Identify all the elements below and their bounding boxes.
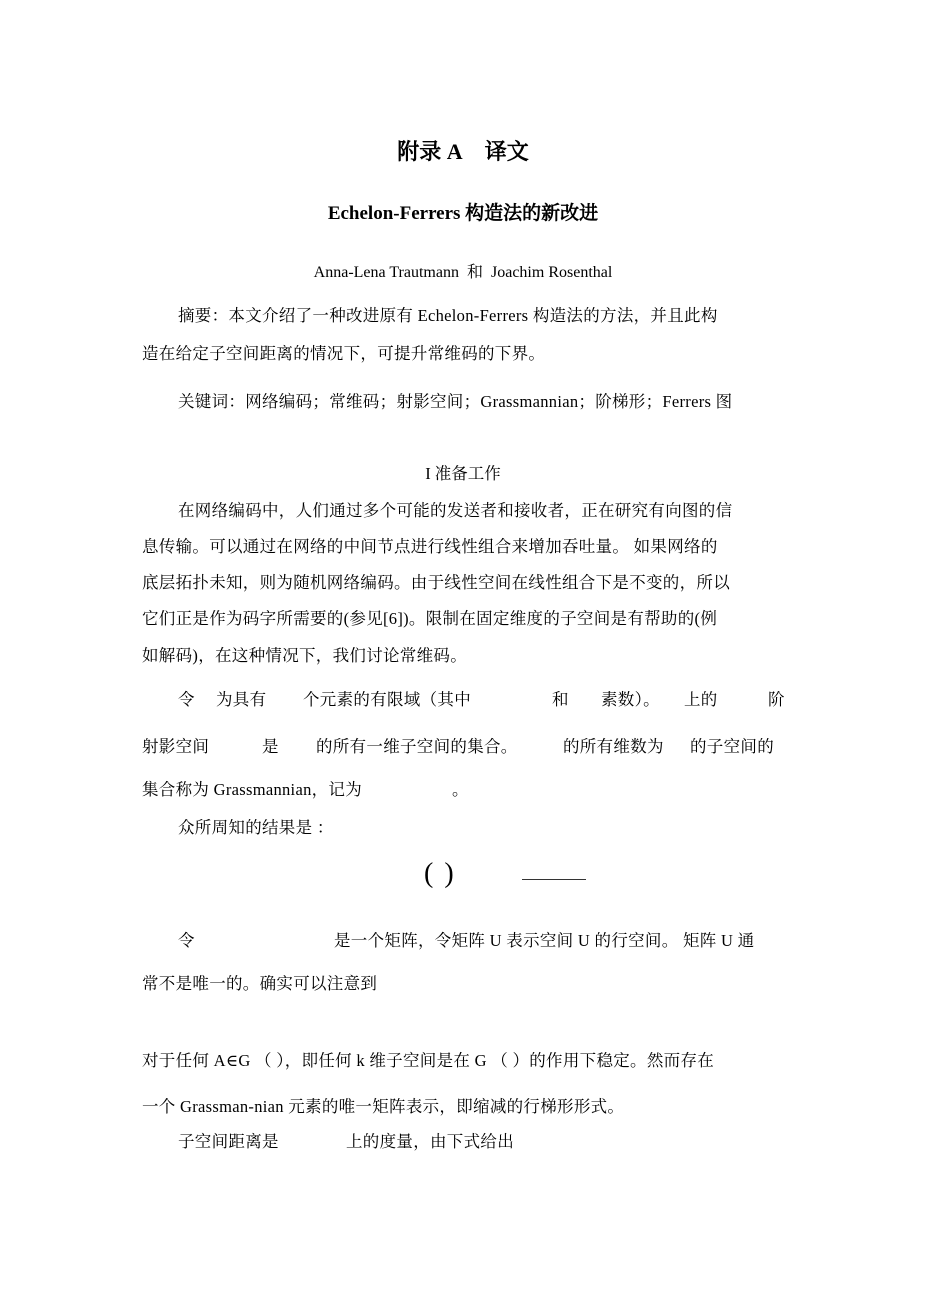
para2-line2-seg-5: 的子空间的 bbox=[690, 733, 774, 757]
abstract-text-2: 造在给定子空间距离的情况下，可提升常维码的下界。 bbox=[142, 344, 545, 363]
abstract-line-2: 造在给定子空间距离的情况下，可提升常维码的下界。 bbox=[142, 340, 545, 364]
para4-line-2: 常不是唯一的。确实可以注意到 bbox=[142, 970, 377, 994]
author-2: Joachim Rosenthal bbox=[491, 264, 612, 281]
para5-line-1: 对于任何 A∈G （ ），即任何 k 维子空间是在 G （ ）的作用下稳定。然而… bbox=[142, 1047, 714, 1071]
para2-line2-seg-3: 的所有一维子空间的集合。 bbox=[316, 733, 518, 757]
para1-line-3: 底层拓扑未知，则为随机网络编码。由于线性空间在线性组合下是不变的，所以 bbox=[142, 569, 730, 593]
abstract-line-1: 摘要：本文介绍了一种改进原有 Echelon-Ferrers 构造法的方法，并且… bbox=[178, 302, 718, 326]
para2-seg-4: 和 bbox=[552, 686, 569, 710]
author-1: Anna-Lena Trautmann bbox=[314, 264, 459, 281]
appendix-label: 附录 A bbox=[397, 139, 462, 164]
para2-line3-text: 集合称为 Grassmannian，记为 bbox=[142, 780, 362, 799]
para2-line2-seg-2: 是 bbox=[262, 733, 279, 757]
para4-line1-b: 是一个矩阵，令矩阵 U 表示空间 U 的行空间。 矩阵 U 通 bbox=[334, 927, 754, 951]
para5-line-2: 一个 Grassman-nian 元素的唯一矩阵表示，即缩减的行梯形形式。 bbox=[142, 1093, 624, 1117]
para2-seg-1: 令 bbox=[178, 686, 195, 710]
para2-seg-5: 素数）。 bbox=[601, 686, 660, 710]
para2-line2-seg-4: 的所有维数为 bbox=[563, 733, 664, 757]
para1-line-1: 在网络编码中，人们通过多个可能的发送者和接收者，正在研究有向图的信 bbox=[178, 497, 732, 521]
para4-line1-a: 令 bbox=[178, 927, 195, 951]
appendix-title: 译文 bbox=[485, 139, 529, 164]
abstract-text-1: 摘要：本文介绍了一种改进原有 Echelon-Ferrers 构造法的方法，并且… bbox=[178, 306, 718, 325]
keywords-text: 关键词：网络编码；常维码；射影空间；Grassmannian；阶梯形；Ferre… bbox=[178, 392, 732, 411]
para6-line1-a: 子空间距离是 bbox=[178, 1128, 279, 1152]
para2-line3-b: 。 bbox=[452, 776, 469, 800]
para6-line1-b: 上的度量，由下式给出 bbox=[346, 1128, 514, 1152]
para2-seg-2: 为具有 bbox=[216, 686, 266, 710]
formula-fraction-bar bbox=[522, 879, 586, 880]
author-line: Anna-Lena Trautmann和Joachim Rosenthal bbox=[0, 259, 926, 282]
para1-line-5: 如解码)，在这种情况下，我们讨论常维码。 bbox=[142, 642, 467, 666]
para3-line-1: 众所周知的结果是 ： bbox=[178, 814, 334, 838]
para2-line3-a: 集合称为 Grassmannian，记为 bbox=[142, 776, 362, 800]
formula-parentheses: ( ) bbox=[424, 858, 456, 890]
author-conjunction: 和 bbox=[467, 264, 483, 281]
para2-seg-6: 上的 bbox=[684, 686, 718, 710]
para1-line-4: 它们正是作为码字所需要的(参见[6])。限制在固定维度的子空间是有帮助的(例 bbox=[142, 605, 717, 629]
para2-line2-seg-1: 射影空间 bbox=[142, 733, 209, 757]
keywords-line: 关键词：网络编码；常维码；射影空间；Grassmannian；阶梯形；Ferre… bbox=[178, 388, 732, 412]
para1-line-2: 息传输。可以通过在网络的中间节点进行线性组合来增加吞吐量。 如果网络的 bbox=[142, 533, 718, 557]
para2-seg-7: 阶 bbox=[768, 686, 785, 710]
appendix-heading: 附录 A译文 bbox=[0, 135, 926, 166]
para2-seg-3: 个元素的有限域（其中 bbox=[303, 686, 471, 710]
paper-title: Echelon-Ferrers 构造法的新改进 bbox=[0, 198, 926, 225]
section-heading: I 准备工作 bbox=[0, 460, 926, 484]
